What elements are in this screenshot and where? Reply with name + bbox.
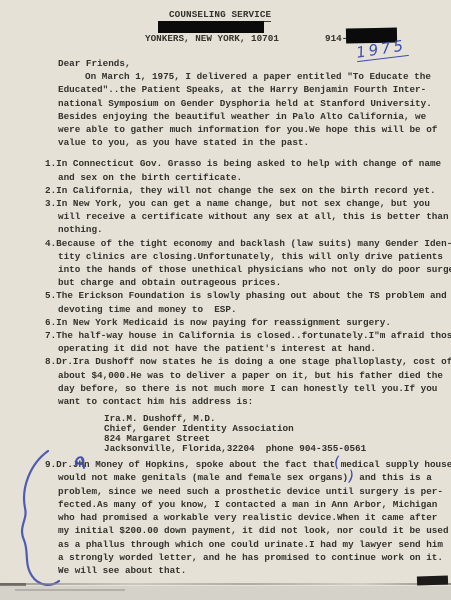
list-item-line: devoting time and money to ESP. xyxy=(58,303,451,316)
list-item-2: 2.In California, they will not change th… xyxy=(58,184,451,197)
list-item-line: will receive a certificate without any s… xyxy=(58,210,451,223)
salutation: Dear Friends, xyxy=(58,57,451,70)
scanned-letter: COUNSELING SERVICE YONKERS, NEW YORK, 10… xyxy=(0,0,451,600)
list-item-line: operating it did not have the patient's … xyxy=(58,342,451,355)
letterhead-city-line: YONKERS, NEW YORK, 10701 xyxy=(145,33,279,44)
list-item-line: as a phallus through which one could uri… xyxy=(58,538,451,551)
scan-bottom-smudge xyxy=(417,575,448,585)
intro-line: On March 1, 1975, I delivered a paper en… xyxy=(58,70,451,83)
list-item-line: We will see about that. xyxy=(58,564,451,577)
scan-bottom-edge-line xyxy=(0,583,451,585)
list-item-line: 2.In California, they will not change th… xyxy=(45,184,451,197)
list-item-line: who had promised a workable very realist… xyxy=(58,511,451,524)
handwritten-margin-brace xyxy=(12,448,68,590)
list-item-line: about $4,000.He was to deliver a paper o… xyxy=(58,369,451,382)
intro-line: value to you, as you have stated in the … xyxy=(58,136,451,149)
address-block: Ira.M. Dushoff, M.D. Chief, Gender Ident… xyxy=(58,414,451,454)
list-item-8: 8.Dr.Ira Dushoff now states he is doing … xyxy=(58,355,451,408)
list-item-9: 9.Dr.Jhn Money of Hopkins, spoke about t… xyxy=(58,458,451,577)
list-item-7: 7.The half-way house in California is cl… xyxy=(58,329,451,355)
list-item-line: and sex on the birth certificate. xyxy=(58,171,451,184)
list-item-line: 9.Dr.Jhn Money of Hopkins, spoke about t… xyxy=(45,458,451,471)
list-item-line: 5.The Erickson Foundation is slowly phas… xyxy=(45,289,451,302)
redaction-bar-address xyxy=(158,21,264,33)
list-item-line: would not make genitals (male and female… xyxy=(58,471,451,484)
list-item-line: 3.In New York, you can get a name change… xyxy=(45,197,451,210)
list-item-line: tity clinics are closing.Unfortunately, … xyxy=(58,250,451,263)
list-item-line: 7.The half-way house in California is cl… xyxy=(45,329,451,342)
address-line: Jacksonville, Florida,32204 phone 904-35… xyxy=(104,444,451,454)
list-item-5: 5.The Erickson Foundation is slowly phas… xyxy=(58,289,451,315)
list-item-line: fected.As many of you know, I contacted … xyxy=(58,498,451,511)
intro-line: were able to gather much information for… xyxy=(58,123,451,136)
list-item-line: problem, since we need such a prosthetic… xyxy=(58,485,451,498)
intro-line: national Symposium on Gender Dysphoria h… xyxy=(58,97,451,110)
scan-bottom-streak xyxy=(15,589,125,591)
list-item-line: 4.Because of the tight economy and backl… xyxy=(45,237,451,250)
list-item-4: 4.Because of the tight economy and backl… xyxy=(58,237,451,290)
intro-line: Educated"..the Patient Speaks, at the Ha… xyxy=(58,83,451,96)
phone-prefix: 914- xyxy=(325,33,347,44)
list-item-line: want to contact him his address is: xyxy=(58,395,451,408)
intro-line: Besides enjoying the beautiful weather i… xyxy=(58,110,451,123)
numbered-list: 1.In Connecticut Gov. Grasso is being as… xyxy=(58,157,451,577)
list-item-line: 1.In Connecticut Gov. Grasso is being as… xyxy=(45,157,451,170)
list-item-line: day before, so there is not much more I … xyxy=(58,382,451,395)
scan-bottom-mark-left xyxy=(0,583,26,586)
list-item-line: but charge and obtain outrageous prices. xyxy=(58,276,451,289)
list-item-line: into the hands of those unethical physic… xyxy=(58,263,451,276)
list-item-6: 6.In New York Medicaid is now paying for… xyxy=(58,316,451,329)
list-item-line: nothing. xyxy=(58,223,451,236)
handwritten-correction-mark xyxy=(72,452,92,470)
list-item-3: 3.In New York, you can get a name change… xyxy=(58,197,451,237)
list-item-line: 8.Dr.Ira Dushoff now states he is doing … xyxy=(45,355,451,368)
list-item-line: a strongly worded letter, and he has pro… xyxy=(58,551,451,564)
list-item-line: my initial $200.00 down payment, it did … xyxy=(58,524,451,537)
list-item-line: 6.In New York Medicaid is now paying for… xyxy=(45,316,451,329)
list-item-1: 1.In Connecticut Gov. Grasso is being as… xyxy=(58,157,451,183)
